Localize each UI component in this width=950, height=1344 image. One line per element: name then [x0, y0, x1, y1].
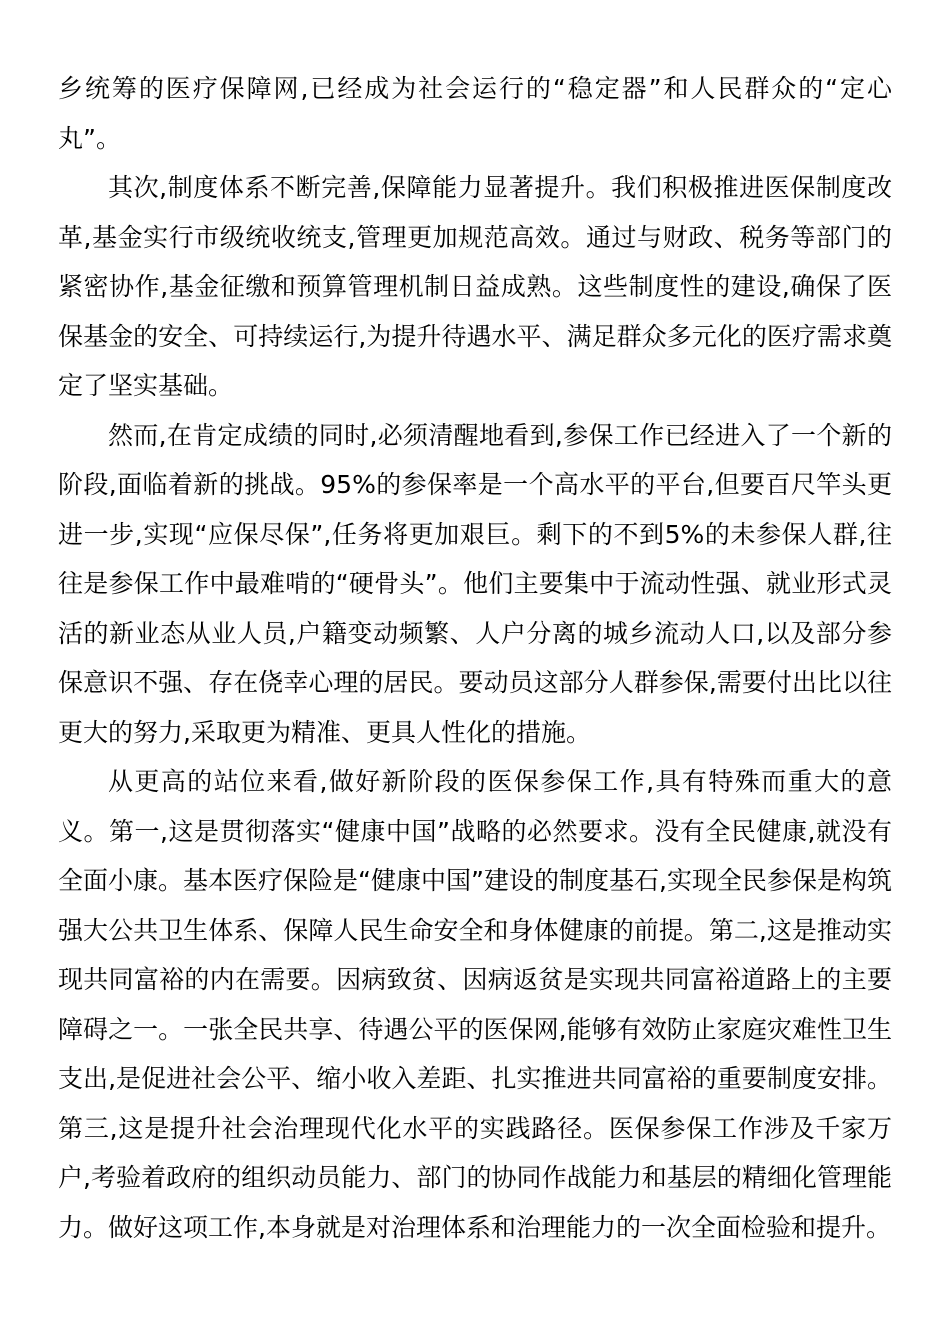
paragraph-significance: 从更高的站位来看,做好新阶段的医保参保工作,具有特殊而重大的意义。第一,这是贯彻…: [58, 757, 892, 1252]
document-page: 乡统筹的医疗保障网,已经成为社会运行的“稳定器”和人民群众的“定心丸”。 其次,…: [0, 0, 950, 1344]
paragraph-system-improvement: 其次,制度体系不断完善,保障能力显著提升。我们积极推进医保制度改革,基金实行市级…: [58, 163, 892, 411]
paragraph-new-challenges: 然而,在肯定成绩的同时,必须清醒地看到,参保工作已经进入了一个新的阶段,面临着新…: [58, 411, 892, 758]
paragraph-continuation: 乡统筹的医疗保障网,已经成为社会运行的“稳定器”和人民群众的“定心丸”。: [58, 64, 892, 163]
document-text-block: 乡统筹的医疗保障网,已经成为社会运行的“稳定器”和人民群众的“定心丸”。 其次,…: [58, 64, 892, 1252]
